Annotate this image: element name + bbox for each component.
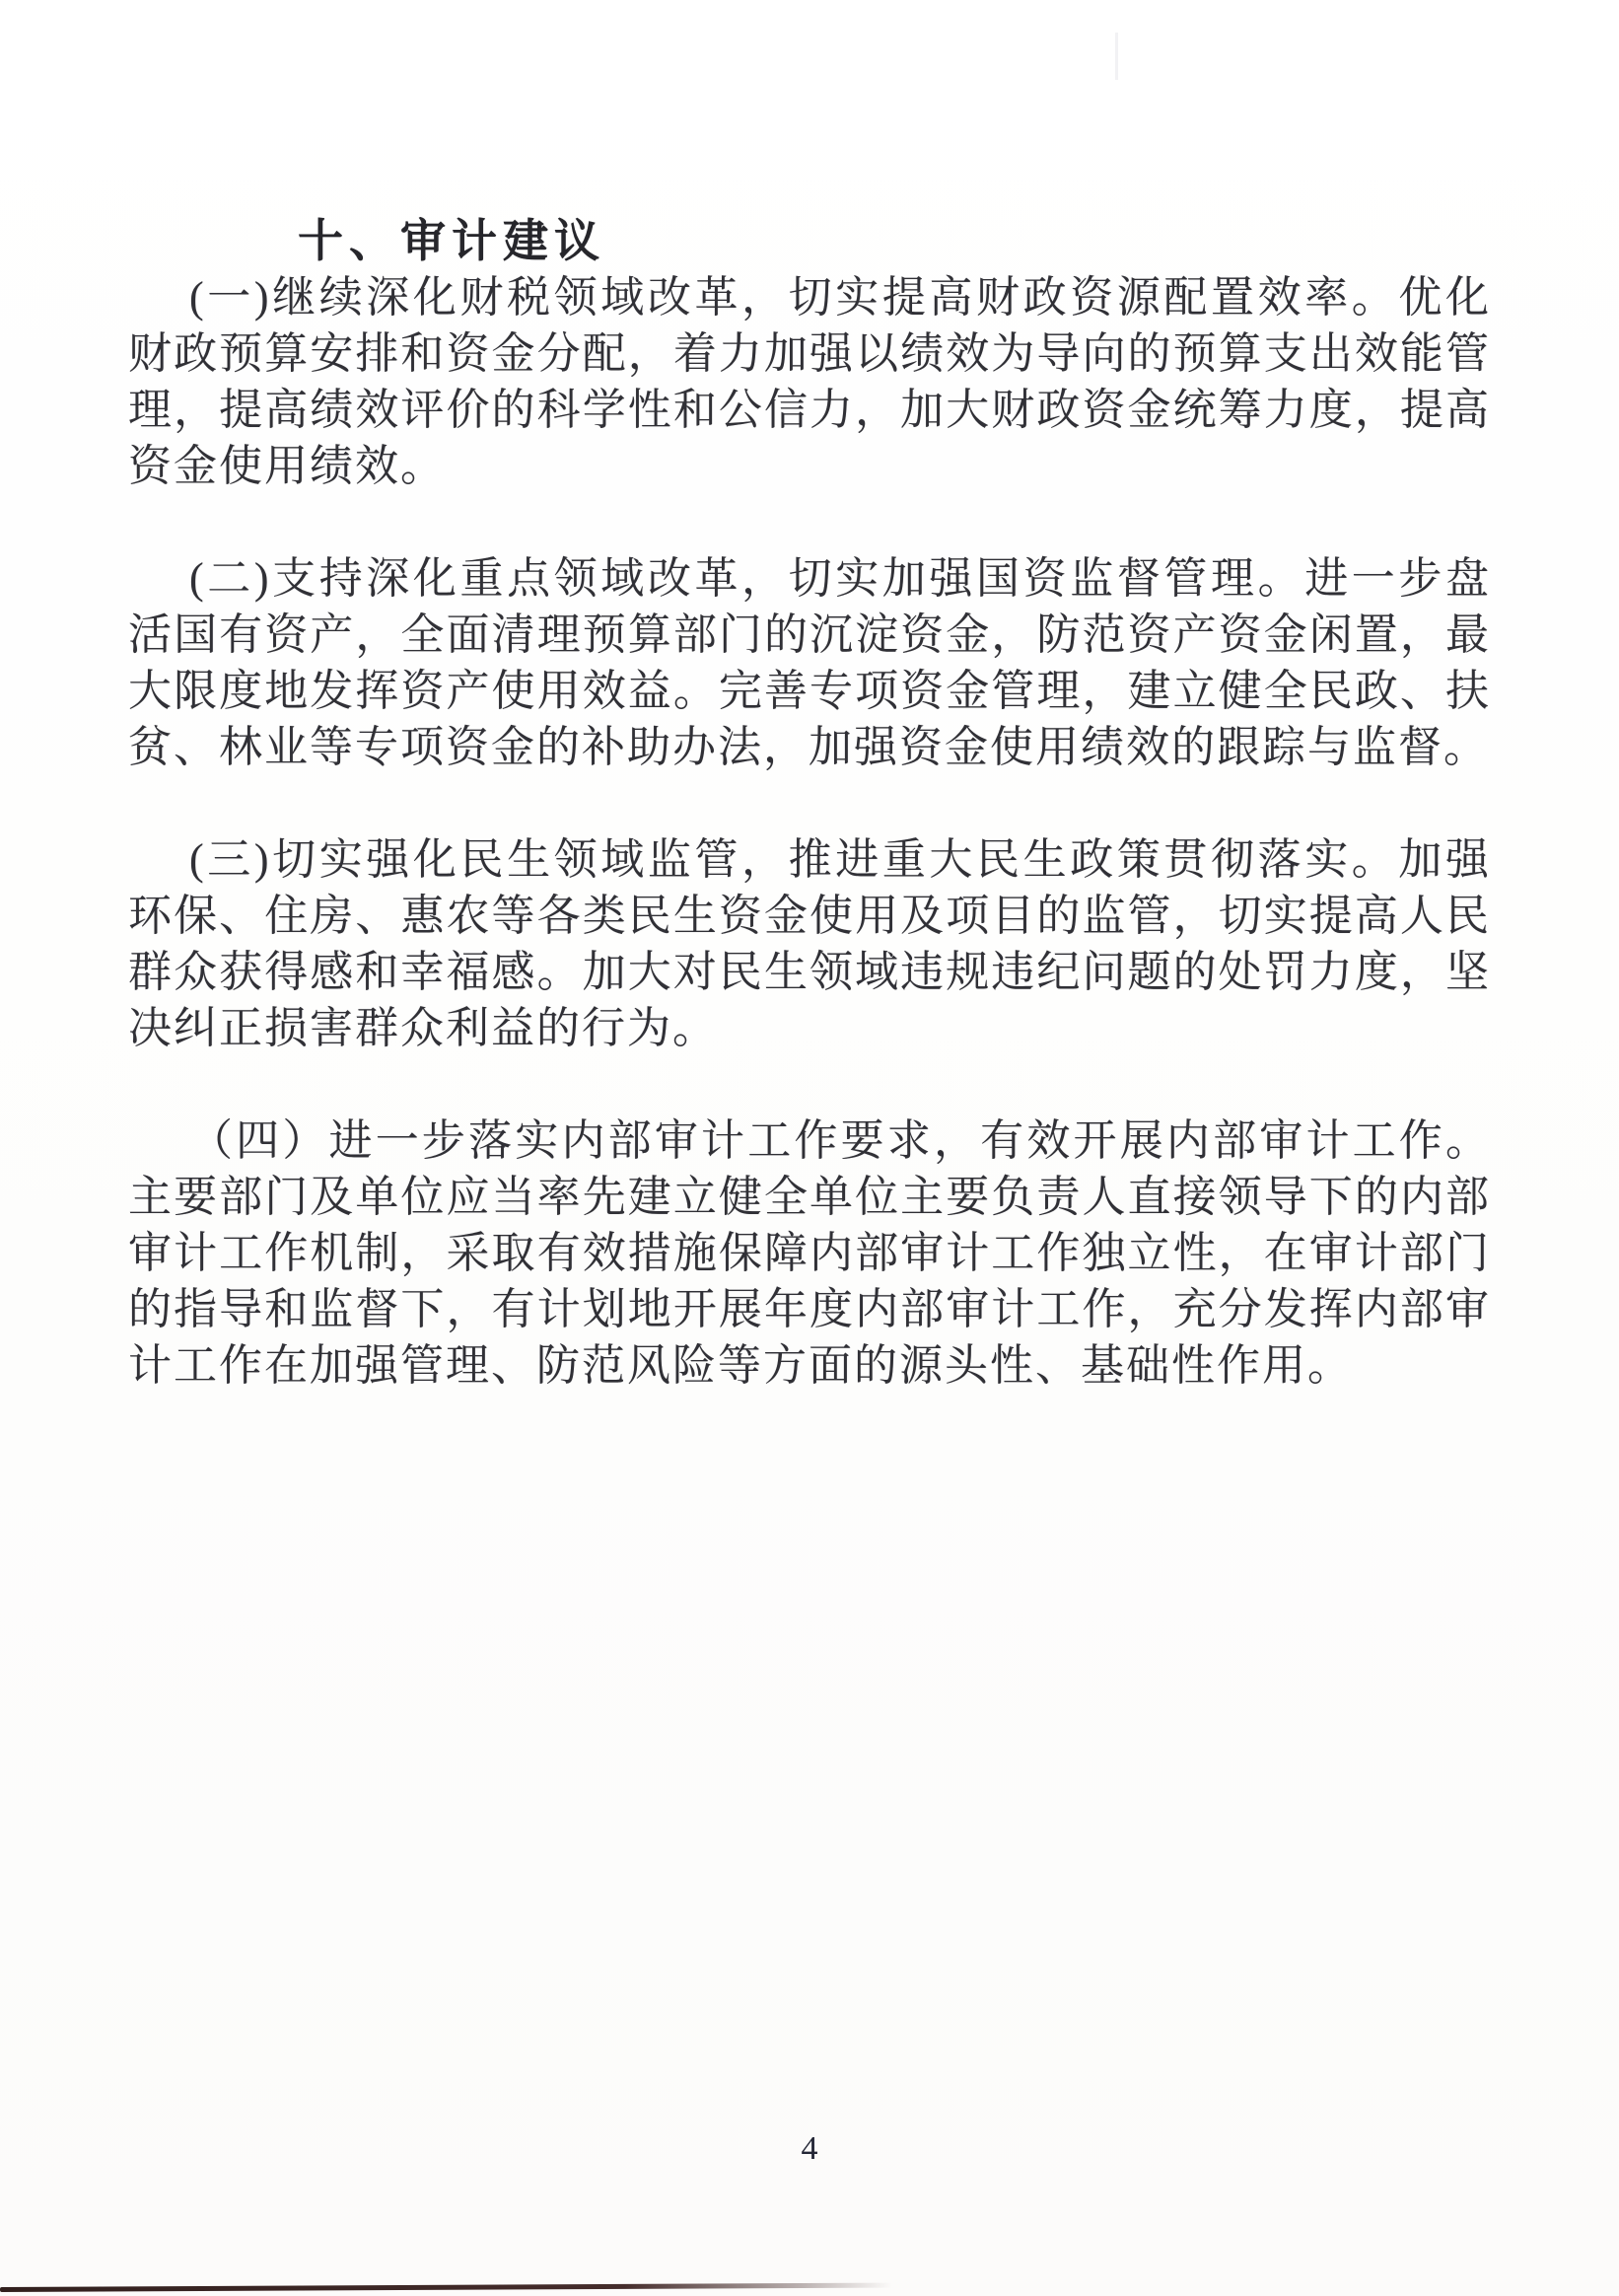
paragraph-recommendation-1: (一)继续深化财税领域改革，切实提高财政资源配置效率。优化财政预算安排和资金分配…: [128, 269, 1491, 494]
paragraph-recommendation-4: （四）进一步落实内部审计工作要求，有效开展内部审计工作。主要部门及单位应当率先建…: [128, 1112, 1491, 1394]
scan-artifact-vertical-line: [1115, 33, 1118, 80]
document-body: 十、审计建议 (一)继续深化财税领域改革，切实提高财政资源配置效率。优化财政预算…: [128, 213, 1491, 1450]
paragraph-recommendation-3: (三)切实强化民生领域监管，推进重大民生政策贯彻落实。加强环保、住房、惠农等各类…: [128, 831, 1491, 1056]
scanned-document-page: 十、审计建议 (一)继续深化财税领域改革，切实提高财政资源配置效率。优化财政预算…: [0, 0, 1619, 2296]
scan-artifact-bottom-line: [0, 2283, 892, 2292]
paragraph-recommendation-2: (二)支持深化重点领域改革，切实加强国资监督管理。进一步盘活国有资产，全面清理预…: [128, 550, 1491, 775]
page-number: 4: [0, 2130, 1619, 2168]
section-heading: 十、审计建议: [298, 213, 1491, 269]
